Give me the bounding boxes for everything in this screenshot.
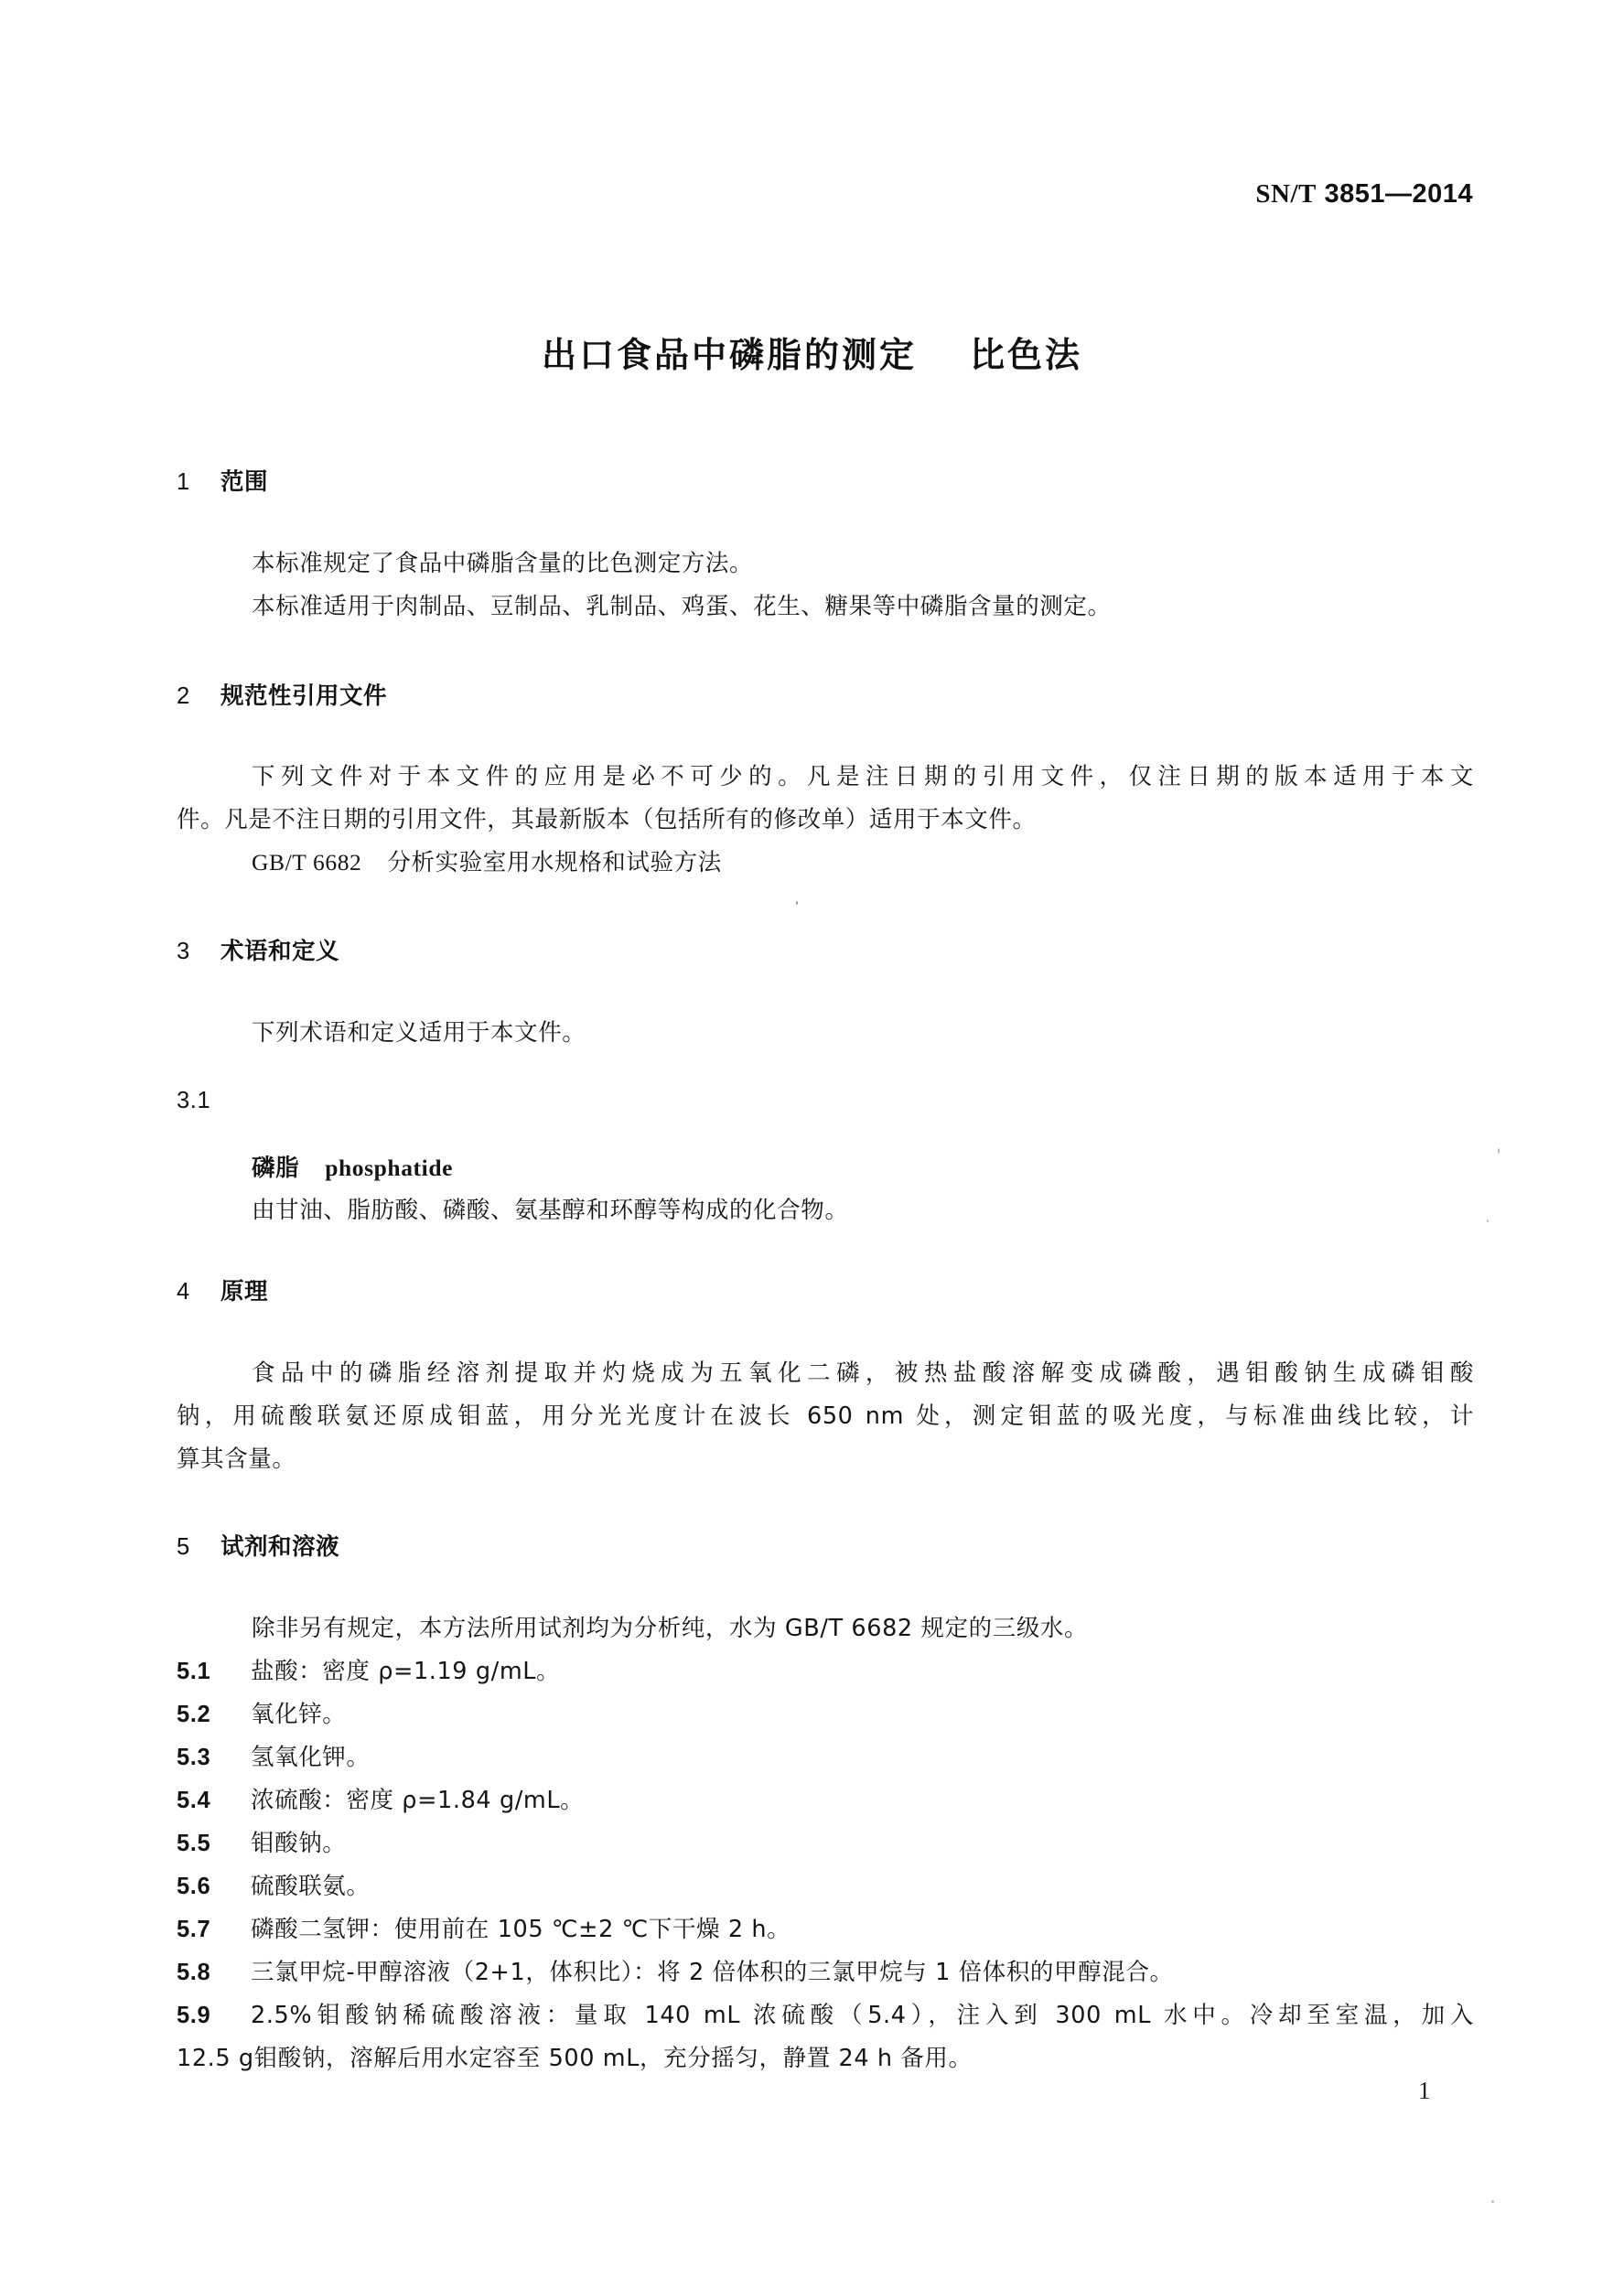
item-text: 磷酸二氢钾：使用前在 105 ℃±2 ℃下干燥 2 h。 <box>251 1916 790 1943</box>
reagent-item: 5.5钼酸钠。 <box>177 1828 346 1859</box>
term-english: phosphatide <box>325 1155 453 1181</box>
item-text: 硫酸联氨。 <box>251 1873 371 1900</box>
item-number: 5.3 <box>177 1742 251 1773</box>
section-title: 术语和定义 <box>220 938 339 965</box>
section-number: 3 <box>177 936 220 967</box>
item-text: 氢氧化钾。 <box>251 1744 371 1771</box>
paragraph-line: 下列文件对于本文件的应用是必不可少的。凡是注日期的引用文件，仅注日期的版本适用于… <box>252 761 1474 792</box>
standard-code-number: 3851—2014 <box>1317 179 1473 209</box>
reagent-item: 5.7磷酸二氢钾：使用前在 105 ℃±2 ℃下干燥 2 h。 <box>177 1914 790 1945</box>
section-3-heading: 3术语和定义 <box>177 936 339 967</box>
section-title: 原理 <box>220 1278 268 1306</box>
section-number: 2 <box>177 681 220 712</box>
normative-reference: GB/T 6682分析实验室用水规格和试验方法 <box>252 847 722 878</box>
paragraph-line: 食品中的磷脂经溶剂提取并灼烧成为五氧化二磷，被热盐酸溶解变成磷酸，遇钼酸钠生成磷… <box>252 1358 1474 1389</box>
term-entry: 磷脂phosphatide <box>252 1153 453 1184</box>
item-number: 5.4 <box>177 1785 251 1816</box>
term-chinese: 磷脂 <box>252 1155 299 1182</box>
reagent-item: 5.4浓硫酸：密度 ρ=1.84 g/mL。 <box>177 1785 584 1816</box>
reference-code: GB/T 6682 <box>252 849 361 876</box>
paragraph-line: 算其含量。 <box>177 1444 296 1475</box>
standard-code: SN/T 3851—2014 <box>1255 179 1473 210</box>
reagent-item-continuation: 12.5 g钼酸钠，溶解后用水定容至 500 mL，充分摇匀，静置 24 h 备… <box>177 2043 973 2074</box>
reagent-item: 5.1盐酸：密度 ρ=1.19 g/mL。 <box>177 1656 560 1687</box>
section-number: 5 <box>177 1531 220 1563</box>
item-text: 氧化锌。 <box>251 1701 346 1728</box>
paragraph-line: 钠，用硫酸联氨还原成钼蓝，用分光光度计在波长 650 nm 处，测定钼蓝的吸光度… <box>177 1401 1474 1432</box>
section-title: 范围 <box>220 468 268 496</box>
item-number: 5.6 <box>177 1871 251 1902</box>
section-4-heading: 4原理 <box>177 1276 268 1307</box>
paragraph: 本标准适用于肉制品、豆制品、乳制品、鸡蛋、花生、糖果等中磷脂含量的测定。 <box>252 591 1112 622</box>
paragraph: 下列术语和定义适用于本文件。 <box>252 1017 586 1048</box>
section-2-heading: 2规范性引用文件 <box>177 681 387 712</box>
reagent-item: 5.6硫酸联氨。 <box>177 1871 371 1902</box>
item-text: 三氯甲烷-甲醇溶液（2+1，体积比）：将 2 倍体积的三氯甲烷与 1 倍体积的甲… <box>251 1959 1174 1986</box>
reagent-item: 5.92.5%钼酸钠稀硫酸溶液：量取 140 mL 浓硫酸（5.4），注入到 3… <box>177 2000 1474 2031</box>
scan-speck <box>796 901 798 905</box>
standard-code-prefix: SN/T <box>1255 179 1316 209</box>
document-page: SN/T 3851—2014 出口食品中磷脂的测定比色法 1范围 本标准规定了食… <box>0 0 1624 2278</box>
section-5-heading: 5试剂和溶液 <box>177 1531 339 1563</box>
item-number: 5.1 <box>177 1656 251 1687</box>
paragraph-line: 件。凡是不注日期的引用文件，其最新版本（包括所有的修改单）适用于本文件。 <box>177 804 1037 835</box>
item-number: 5.8 <box>177 1957 251 1988</box>
scan-speck <box>1491 2200 1494 2203</box>
scan-speck <box>1498 1148 1500 1154</box>
section-number: 1 <box>177 467 220 498</box>
item-text: 钼酸钠。 <box>251 1830 346 1857</box>
title-main: 出口食品中磷脂的测定 <box>542 335 917 375</box>
title-method: 比色法 <box>970 335 1082 375</box>
section-number: 4 <box>177 1276 220 1307</box>
page-number: 1 <box>1418 2077 1431 2105</box>
scan-speck <box>1487 1220 1489 1222</box>
section-title: 试剂和溶液 <box>220 1533 339 1561</box>
item-number: 5.9 <box>177 2000 251 2031</box>
section-title: 规范性引用文件 <box>220 682 387 710</box>
item-number: 5.5 <box>177 1828 251 1859</box>
term-definition: 由甘油、脂肪酸、磷酸、氨基醇和环醇等构成的化合物。 <box>252 1195 849 1226</box>
item-number: 5.2 <box>177 1699 251 1730</box>
document-title: 出口食品中磷脂的测定比色法 <box>0 327 1624 377</box>
term-number: 3.1 <box>177 1085 210 1116</box>
item-text: 盐酸：密度 ρ=1.19 g/mL。 <box>251 1658 560 1685</box>
reagent-item: 5.2氧化锌。 <box>177 1699 346 1730</box>
section-1-heading: 1范围 <box>177 467 268 498</box>
reference-title: 分析实验室用水规格和试验方法 <box>387 849 721 876</box>
reagent-item: 5.3氢氧化钾。 <box>177 1742 371 1773</box>
paragraph: 除非另有规定，本方法所用试剂均为分析纯，水为 GB/T 6682 规定的三级水。 <box>252 1613 1088 1644</box>
item-text: 浓硫酸：密度 ρ=1.84 g/mL。 <box>251 1787 584 1814</box>
paragraph: 本标准规定了食品中磷脂含量的比色测定方法。 <box>252 548 753 579</box>
reagent-item: 5.8三氯甲烷-甲醇溶液（2+1，体积比）：将 2 倍体积的三氯甲烷与 1 倍体… <box>177 1957 1174 1988</box>
item-number: 5.7 <box>177 1914 251 1945</box>
item-text: 2.5%钼酸钠稀硫酸溶液：量取 140 mL 浓硫酸（5.4），注入到 300 … <box>251 2002 1474 2029</box>
